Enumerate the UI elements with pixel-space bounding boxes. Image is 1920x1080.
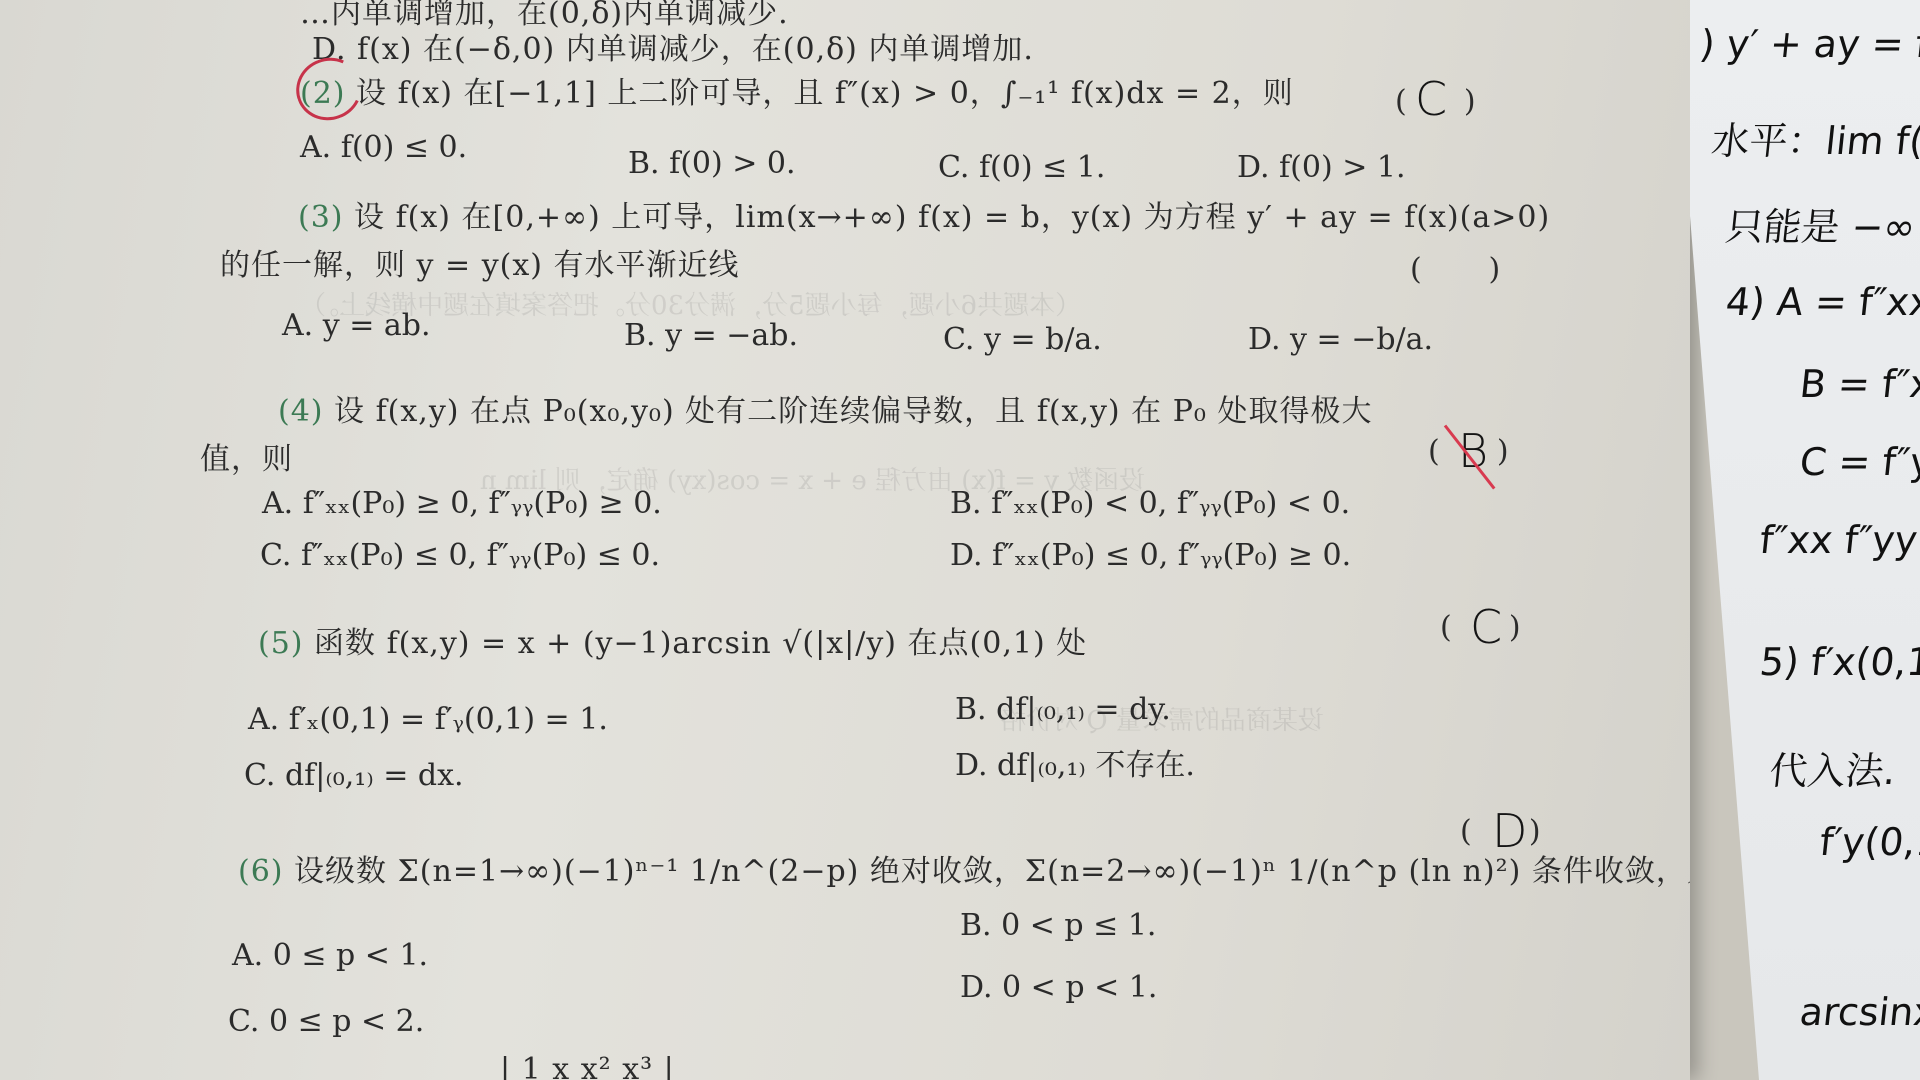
q3-stem-line2: 的任一解，则 y = y(x) 有水平渐近线 bbox=[220, 240, 740, 284]
q6-option-d: D. 0 < p < 1. bbox=[960, 970, 1157, 1005]
q3-number: (3) bbox=[298, 200, 344, 235]
q6-stem: (6) 设级数 Σ(n=1→∞)(−1)ⁿ⁻¹ 1/n^(2−p) 绝对收敛，Σ… bbox=[238, 846, 1690, 890]
q5-stem: (5) 函数 f(x,y) = x + (y−1)arcsin √(|x|/y)… bbox=[258, 618, 1087, 662]
handwritten-notes-sheet: ) y′ + ay = f(x 水平：lim f(x) 只能是 −∞ 4) A … bbox=[1690, 0, 1920, 1080]
note-line: ) y′ + ay = f(x bbox=[1698, 22, 1920, 66]
q6-handwritten-answer: D bbox=[1492, 804, 1527, 858]
q6-option-b: B. 0 < p ≤ 1. bbox=[960, 908, 1156, 943]
q3-answer-bracket: ( ) bbox=[1410, 252, 1500, 287]
q2-number: (2) bbox=[300, 76, 346, 111]
q3-stem-text: 设 f(x) 在[0,+∞) 上可导，lim(x→+∞) f(x) = b，y(… bbox=[354, 200, 1550, 235]
note-line: 5) f′x(0,1 bbox=[1758, 640, 1920, 684]
q2-option-c: C. f(0) ≤ 1. bbox=[938, 150, 1105, 185]
q2-option-a: A. f(0) ≤ 0. bbox=[300, 130, 467, 165]
q3-option-d: D. y = −b/a. bbox=[1248, 322, 1433, 357]
q6-stem-text: 设级数 Σ(n=1→∞)(−1)ⁿ⁻¹ 1/n^(2−p) 绝对收敛，Σ(n=2… bbox=[294, 854, 1690, 889]
textbook-page: （本题共6小题，每小题5分，满分30分。把答案填在题中横线上。） 设函数 y =… bbox=[0, 0, 1690, 1080]
note-line: arcsinx bbox=[1798, 990, 1920, 1034]
q5-option-d: D. df|₍₀,₁₎ 不存在. bbox=[955, 740, 1195, 784]
q3-option-b: B. y = −ab. bbox=[624, 318, 798, 353]
note-line: 只能是 −∞ bbox=[1723, 196, 1918, 251]
q3-stem: (3) 设 f(x) 在[0,+∞) 上可导，lim(x→+∞) f(x) = … bbox=[298, 192, 1550, 236]
q4-stem: (4) 设 f(x,y) 在点 P₀(x₀,y₀) 处有二阶连续偏导数，且 f(… bbox=[278, 386, 1372, 430]
q4-stem-line2: 值，则 bbox=[200, 434, 293, 478]
q4-option-b: B. f″ₓₓ(P₀) < 0, f″ᵧᵧ(P₀) < 0. bbox=[950, 486, 1350, 521]
determinant-cut: | 1 x x² x³ | bbox=[500, 1052, 675, 1080]
note-line: f′y(0,1 bbox=[1818, 820, 1920, 864]
q4-option-d: D. f″ₓₓ(P₀) ≤ 0, f″ᵧᵧ(P₀) ≥ 0. bbox=[950, 538, 1351, 573]
q6-number: (6) bbox=[238, 854, 284, 889]
q2-stem-text: 设 f(x) 在[−1,1] 上二阶可导，且 f″(x) > 0，∫₋₁¹ f(… bbox=[356, 76, 1294, 111]
q5-option-b: B. df|₍₀,₁₎ = dy. bbox=[955, 692, 1171, 727]
q4-option-a: A. f″ₓₓ(P₀) ≥ 0, f″ᵧᵧ(P₀) ≥ 0. bbox=[262, 486, 662, 521]
q4-stem-text: 设 f(x,y) 在点 P₀(x₀,y₀) 处有二阶连续偏导数，且 f(x,y)… bbox=[334, 394, 1372, 429]
q1-option-d: D. f(x) 在(−δ,0) 内单调减少，在(0,δ) 内单调增加. bbox=[312, 24, 1034, 68]
q3-option-c: C. y = b/a. bbox=[943, 322, 1102, 357]
q2-stem: (2) 设 f(x) 在[−1,1] 上二阶可导，且 f″(x) > 0，∫₋₁… bbox=[300, 68, 1294, 112]
q5-handwritten-answer: C bbox=[1470, 600, 1502, 654]
q5-option-a: A. f′ₓ(0,1) = f′ᵧ(0,1) = 1. bbox=[248, 702, 608, 737]
q6-option-c: C. 0 ≤ p < 2. bbox=[228, 1004, 424, 1039]
q5-option-c: C. df|₍₀,₁₎ = dx. bbox=[244, 758, 464, 793]
note-line: B = f″xy bbox=[1798, 362, 1920, 406]
q4-number: (4) bbox=[278, 394, 324, 429]
q2-option-b: B. f(0) > 0. bbox=[628, 146, 796, 181]
q2-option-d: D. f(0) > 1. bbox=[1237, 150, 1406, 185]
note-line: C = f″yy bbox=[1798, 440, 1920, 484]
q3-option-a: A. y = ab. bbox=[282, 308, 431, 343]
q2-handwritten-answer: C bbox=[1415, 72, 1447, 126]
q4-option-c: C. f″ₓₓ(P₀) ≤ 0, f″ᵧᵧ(P₀) ≤ 0. bbox=[260, 538, 660, 573]
q5-number: (5) bbox=[258, 626, 304, 661]
note-line: 水平：lim f(x) bbox=[1709, 110, 1920, 165]
note-line: 4) A = f″xx bbox=[1724, 280, 1920, 324]
note-line: 代入法. bbox=[1767, 740, 1899, 795]
q6-option-a: A. 0 ≤ p < 1. bbox=[232, 938, 428, 973]
q5-stem-text: 函数 f(x,y) = x + (y−1)arcsin √(|x|/y) 在点(… bbox=[314, 626, 1087, 661]
note-line: f″xx f″yy − bbox=[1758, 518, 1920, 562]
